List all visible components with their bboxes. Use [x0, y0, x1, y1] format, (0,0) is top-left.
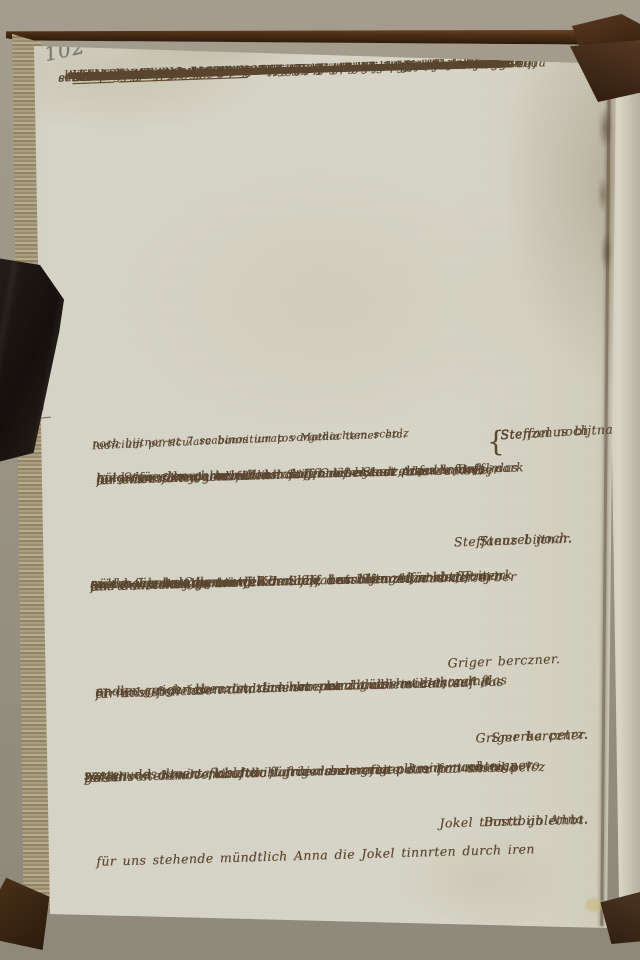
handwritten-line: herr Constanty genannten hat für dem Ste…	[96, 459, 570, 473]
manuscript-photograph: 102 + Dato alein namlich mark welche w m…	[0, 0, 640, 960]
handwritten-line: gülde für den garte welcher lait Größer …	[96, 461, 570, 471]
handwritten-line: Steffamus bijtnar	[500, 421, 620, 427]
handwritten-line: es ist geschehen ein balbirConstantij Ko…	[72, 53, 570, 71]
handwritten-line: besseres glaubens auch meine eigene sige…	[72, 53, 570, 71]
handwritten-line: der pergament halder wern ansgeben das s…	[72, 53, 570, 71]
handwritten-line: lung des erbern hern Constantij hot beka…	[96, 461, 570, 471]
handwritten-line: unden geschrieben ist, das hot smerka ab…	[95, 672, 565, 683]
handwritten-line: für einer faiten und für der faiten ein …	[96, 459, 570, 473]
book-cover-top-edge	[6, 26, 640, 45]
handwritten-line: für uns stehende mündtlich smerka ablets…	[95, 670, 565, 686]
handwritten-line: Iudicium particulare bannitum p vorgedac…	[92, 424, 494, 440]
gutter-stain	[592, 90, 614, 280]
handwritten-line: halder mir aber mainen nachkömlichen wir…	[64, 56, 570, 69]
entry-5-body: für uns stehende mündtlich Anna die Joke…	[96, 843, 570, 854]
handwritten-line: Griger berczner.	[388, 727, 588, 733]
handwritten-line: sacte und altwirt flascher für der ander…	[84, 757, 570, 766]
handwritten-line: ich auff mich und das thue ich czuhalden…	[68, 56, 570, 69]
page-gutter-crease	[600, 62, 611, 926]
handwritten-line: Griger berczner.	[360, 652, 560, 660]
handwritten-line: Smerka petrz.	[388, 726, 588, 734]
handwritten-line: gülde für dem garte welcher last zwische…	[90, 568, 572, 576]
handwritten-line: wirt 96 ehrwerdigk mark auff den fairtag…	[86, 53, 570, 70]
entry-2-names: Stenzel noch.Steffanus bijtnar.	[360, 530, 572, 537]
handwritten-line: und snarz lantwa ein fälkömliche bezahlu…	[90, 565, 572, 578]
handwritten-line: noch bijtnar et 7 scabinos iuratos Mathi…	[92, 426, 494, 439]
latin-heading-block: Iudicium particulare bannitum p vorgedac…	[92, 425, 494, 439]
handwritten-line: liecht. In welchen kirchen ist ferbin; a…	[72, 56, 570, 69]
handwritten-line: mes Taler und auch Sayn nachkömlich wirt…	[70, 56, 570, 69]
handwritten-line: der das alle jar das ist auff das thue l…	[72, 53, 570, 71]
handwritten-line: hot Stenzel noch beleth.	[96, 461, 570, 471]
handwritten-line: Bosta ablethbt.	[388, 812, 588, 817]
handwritten-line: wegen des smerta ablets ist frai dem wer…	[84, 757, 570, 766]
handwritten-line: Actum in Bialoblat na bankenauff dem sch…	[66, 56, 570, 69]
paper-stain	[585, 898, 603, 912]
handwritten-line: Und so er was das saines gelts auff der …	[72, 56, 570, 69]
handwritten-line: also das auff einen itlichen solchen fai…	[82, 53, 570, 70]
handwritten-line: ein ehrwerdigk marke, wen der Sain schul…	[88, 56, 570, 69]
entry-4-body: für uns stehende mündtlich griger berczn…	[84, 756, 570, 767]
handwritten-line: Stenzel noch.	[360, 530, 572, 539]
main-entry-text-block: alein namlich mark welche w mitt der mai…	[58, 55, 570, 70]
entry-2-body: für uns stehende mündtlich Steffanus bij…	[90, 567, 572, 577]
handwritten-line: gülde von dem verkauf do lait zwissen gr…	[84, 755, 570, 769]
handwritten-line: für uns stehende mündtlich Anna die Joke…	[96, 841, 570, 855]
handwritten-line: stehen wirt umb acht gülden alle jar gut…	[72, 56, 570, 69]
handwritten-line: geschickt werden und an der synner gesch…	[72, 56, 570, 69]
handwritten-line: seine nachkömlich noch seinem recht und …	[72, 53, 570, 71]
handwritten-line: für uns stehende mündtlich griger berczn…	[84, 755, 570, 769]
handwritten-line: Jokel tinnrtbijn Anna.	[388, 811, 588, 817]
handwritten-line: er den griger berczor, zu einem machtman…	[95, 672, 565, 683]
handwritten-line: er nicht frai lasen dem smerka petrz gül…	[95, 670, 565, 686]
handwritten-line: Anno domini 1 5 9 5.	[72, 56, 570, 69]
entry-5-names: Jokel tinnrtbijn Anna.Bosta ablethbt.	[388, 811, 588, 816]
handwritten-line: erbe welches lang gewest ist abregirnt h…	[58, 53, 570, 71]
handwritten-line: mark alle jar das gelt also dem eigner w…	[72, 53, 570, 71]
handwritten-line: sal also langk sayn bis dise Summe wenle…	[58, 53, 570, 71]
brace-names-block: Stenzel nochSteffamus bijtnar	[500, 421, 620, 427]
handwritten-line: auch seine nachkömlich am ersten in dem …	[94, 56, 570, 68]
handwritten-line: ezel noch beleth.smerka p̶e̶t̶r̶s̶ gilgs…	[90, 568, 572, 576]
entry-4-names: Smerka petrz.Griger berczner.	[388, 727, 588, 734]
entry-3-names: Griger berczner.	[360, 653, 560, 660]
handwritten-line: für uns stehende mündtlich Steffanus byt…	[96, 459, 570, 473]
handwritten-line: seines herns Constantij Kormack, hat bek…	[90, 568, 572, 576]
brace-glyph: {	[487, 422, 505, 462]
handwritten-line: für uns stehende mündtlich Steffanus bij…	[90, 565, 572, 578]
handwritten-line: gülden, haldere gezogen noch dem prinzip…	[72, 56, 570, 69]
handwritten-line: her Constantij genannten hat für dem Ste…	[90, 565, 572, 578]
handwritten-line: Stenzel noch	[500, 420, 620, 427]
handwritten-line: Steffanus bijtnar.	[360, 531, 572, 538]
handwritten-line: ist maiden und firzigk mark ich sal im g…	[72, 53, 570, 71]
handwritten-line: beleth.	[84, 755, 570, 769]
entry-3-body: für uns stehende mündtlich smerka ablets…	[95, 671, 565, 684]
handwritten-line: alein namlich mark welche w mitt der mai…	[102, 53, 570, 70]
handwritten-line: los, ansezumennuchk alle an den eignir w…	[72, 56, 570, 69]
handwritten-line: in dem haus lasen fiert fir welches her …	[72, 53, 570, 71]
entry-1-body: für uns stehende mündtlich Steffanus byt…	[96, 460, 570, 472]
manuscript-page: 102 + Dato alein namlich mark welche w m…	[0, 0, 640, 960]
